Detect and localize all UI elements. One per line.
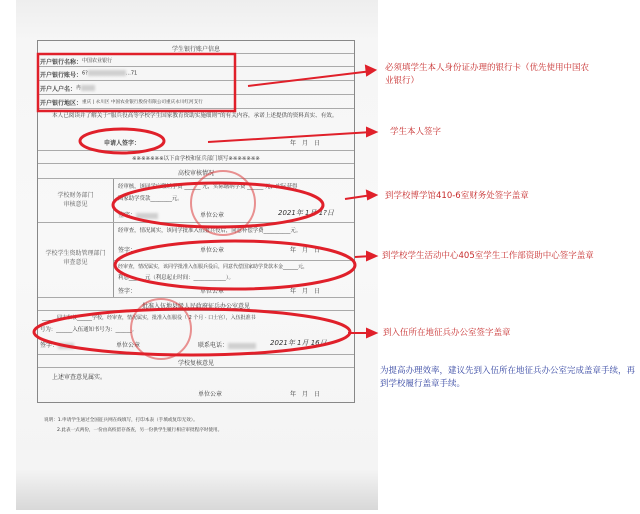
aid-dept-label: 学校学生资助管理部门审查意见 [38, 223, 114, 297]
military-text-line2: 号为：______入伍通知书号为：______。 [40, 325, 137, 333]
bank-name-label: 开户银行名称： [40, 57, 82, 66]
bank-region-row: 开户银行地区： 重庆 | 永川区 中国农业银行股份有限公司重庆永川红河支行 [38, 95, 354, 109]
note-2: 2.此表一式两份，一份由高校留存备查，另一份供学生履行相应审批程序时使用。 [57, 427, 222, 433]
divider-row: ※※※※※※※以下由学校和征兵部门填写※※※※※※※ [38, 151, 354, 164]
bank-name-value: 中国农业银行 [82, 57, 112, 64]
aid-date: 年 月 日 [290, 245, 320, 254]
annotation-student-sign: 学生本人签字 [390, 126, 441, 139]
aid-date-b: 年 月 日 [290, 286, 320, 295]
account-holder-row: 开户人户名： 冉 [38, 81, 354, 95]
finance-dept-label: 学校财务部门审核意见 [38, 179, 114, 222]
bank-region-label: 开户银行地区： [40, 98, 82, 107]
school-recheck-header-row: 学校复核意见 [38, 355, 354, 368]
bank-account-label: 开户银行账号： [40, 70, 82, 79]
bank-name-row: 开户银行名称： 中国农业银行 [38, 54, 354, 67]
bank-region-value: 重庆 | 永川区 中国农业银行股份有限公司重庆永川红河支行 [82, 99, 203, 105]
school-review-header: 高校审核情况 [38, 168, 354, 177]
aid-seal-label-b: 单位公章 [200, 286, 224, 295]
military-office-seal-stamp [130, 298, 192, 360]
school-recheck-header: 学校复核意见 [38, 358, 354, 367]
school-recheck-text: 上述审查意见属实。 [52, 372, 106, 381]
finance-sign-label: 签字： [118, 210, 158, 219]
bank-account-row: 开户银行账号： 6?…71 [38, 67, 354, 81]
applicant-date: 年 月 日 [290, 138, 320, 147]
annotation-efficiency-tip: 为提高办理效率，建议先到入伍所在地征兵办公室完成盖章手续，再到学校履行盖章手续。 [380, 365, 635, 391]
school-recheck-date: 年 月 日 [290, 389, 320, 398]
military-phone: 联系电话： [198, 340, 256, 349]
annotation-aid-center: 到学校学生活动中心405室学生工作部资助中心签字盖章 [382, 250, 594, 263]
aid-seal-label: 单位公章 [200, 245, 224, 254]
military-office-header: 批准入伍地县级人民政府征兵办公室意见 [38, 301, 354, 310]
school-recheck-section: 上述审查意见属实。 单位公章 年 月 日 [38, 368, 354, 403]
divider-text: ※※※※※※※以下由学校和征兵部门填写※※※※※※※ [38, 154, 354, 162]
annotation-finance-office: 到学校博学馆410-6室财务处签字盖章 [385, 190, 529, 203]
annotation-military-office: 到入伍所在地征兵办公室签字盖章 [383, 327, 511, 340]
school-review-header-row: 高校审核情况 [38, 164, 354, 179]
note-1: 说明：1.申请学生通过全国征兵网在线填写，打印本表（手填或复印无效）。 [44, 417, 198, 423]
annotation-bank-card: 必须填学生本人身份证办理的银行卡（优先使用中国农业银行） [385, 62, 595, 88]
declaration-text: 本人已阅读并了解关于“服兵役高等学校学生国家教育资助实施细则”的有关内容，承诺上… [42, 112, 350, 121]
aid-sign-label: 签字： [118, 245, 136, 254]
form-title-row: 学生银行账户信息 [38, 41, 354, 54]
military-office-section: ______同志和校______学校，经审查，情况属实，批准入伍服役（ 2 个月… [38, 311, 354, 355]
military-office-header-row: 批准入伍地县级人民政府征兵办公室意见 [38, 298, 354, 311]
finance-date: 2021年 1月 1?日 [278, 208, 334, 218]
form-title: 学生银行账户信息 [38, 44, 354, 53]
account-holder-label: 开户人户名： [40, 84, 76, 93]
declaration-row: 本人已阅读并了解关于“服兵役高等学校学生国家教育资助实施细则”的有关内容，承诺上… [38, 109, 354, 151]
bank-account-value: 6?…71 [82, 70, 137, 77]
aid-text-b-line2: 利息______元（利息起止时间：____________）。 [118, 273, 234, 281]
school-seal-stamp [190, 170, 256, 236]
military-sign-label: 签字： [40, 340, 74, 349]
aid-text-b-line1: 经审查，情况属实，该同学批准入伍服兵役后，同意代偿国家助学贷款本金______元… [118, 263, 308, 270]
finance-text-line2: 国家助学贷款________元。 [118, 194, 183, 202]
school-recheck-seal: 单位公章 [198, 389, 222, 398]
aid-sign-label-b: 签字： [118, 286, 136, 295]
account-holder-value: 冉 [76, 84, 95, 91]
aid-dept-section: 学校学生资助管理部门审查意见 经审查，情况属实，该同学批准入伍服兵役后，同意补偿… [38, 223, 354, 298]
applicant-sign-label: 申请人签字： [104, 138, 140, 147]
military-date: 2021年 1月 16日 [270, 338, 327, 348]
